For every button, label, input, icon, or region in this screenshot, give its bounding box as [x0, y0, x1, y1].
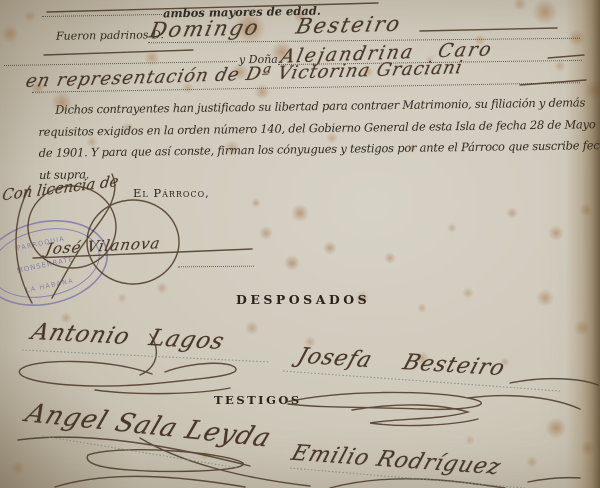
dash-after-godfather — [420, 28, 557, 31]
short-rule-line — [44, 50, 193, 55]
spouse1-baseline — [22, 350, 270, 362]
dash-after-representation — [520, 80, 586, 85]
bottom-cut-flourish — [55, 476, 245, 487]
spouse1-rubric-stroke — [95, 388, 230, 394]
dash-after-godmother — [548, 55, 584, 58]
spouse2-rubric-stroke — [510, 379, 598, 385]
top-flourish-line — [47, 3, 378, 12]
spouse2-rubric-loop — [286, 392, 481, 409]
marriage-record-photo: ambos mayores de edad. Fueron padrinos D… — [0, 0, 600, 488]
spouse1-rubric-bow — [19, 361, 236, 386]
dash-after-witness2 — [528, 478, 580, 482]
witness1-rubric-loop — [87, 450, 243, 472]
spouse2-rubric-stroke — [468, 396, 580, 409]
stamp-text-habana: LA HABANA — [25, 277, 74, 295]
bottom-cut-flourish — [330, 479, 505, 488]
